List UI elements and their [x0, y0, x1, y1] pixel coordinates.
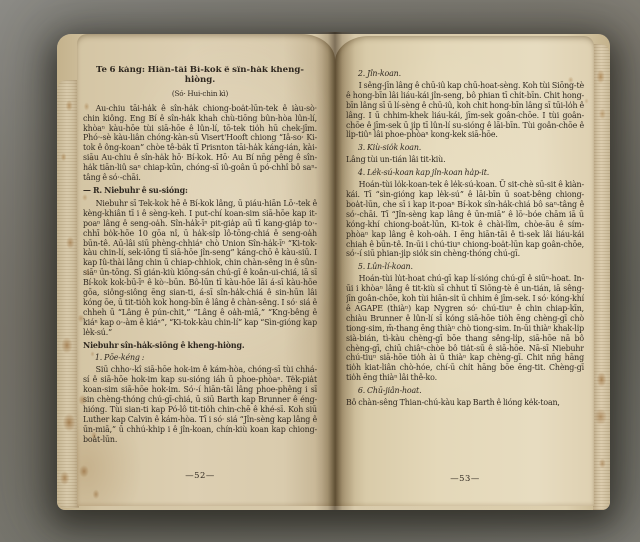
paragraph: I sêng-jīn lâng ê chū-iû kap chū-hoat-sè…: [346, 81, 584, 140]
chapter-subtitle: (Só· Hui-chin kì): [83, 89, 317, 99]
paragraph: Au-chiu tāi-ha̍k ê sîn-ha̍k chiong-boa̍t…: [83, 104, 317, 183]
numbered-subheading: 5. Lûn-lí-koan.: [346, 262, 584, 272]
page-number-left: —52—: [83, 470, 317, 480]
section-heading: — R. Niebuhr ê su-sióng:: [83, 186, 317, 196]
numbered-subheading: 6. Chū-jiân-hoat.: [346, 386, 584, 396]
numbered-subheading: 2. Jîn-koan.: [346, 69, 584, 79]
paragraph: Niebuhr sī Tek-kok hē ê Bí-kok lâng, ū p…: [83, 199, 317, 338]
photo-background: Te 6 káng: Hiān-tāi Bí-kok ê sîn-ha̍k kh…: [0, 0, 640, 542]
right-page-edge-stack: [593, 44, 610, 510]
paragraph: Hoán-tùi lo̍k-koan-tek ê le̍k-sú-koan. Ū…: [346, 180, 584, 259]
section-heading: Niebuhr sîn-ha̍k-siōng ê kheng-hiòng.: [83, 341, 317, 351]
left-page-content: Te 6 káng: Hiān-tāi Bí-kok ê sîn-ha̍k kh…: [83, 66, 317, 468]
paragraph: Hoán-tùi lu̍t-hoat chú-gī kap lí-sióng c…: [346, 274, 584, 383]
left-page-edge-stack: [57, 80, 79, 508]
open-book: Te 6 káng: Hiān-tāi Bí-kok ê sîn-ha̍k kh…: [57, 32, 610, 510]
page-number-right: —53—: [346, 473, 584, 483]
numbered-subheading: 3. Kiù-sio̍k koan.: [346, 143, 584, 153]
paragraph: Bô chàn-sêng Thian-chú-kàu kap Barth ê l…: [346, 398, 584, 408]
paragraph: Siū chho·-kî siā-hōe hok-im ê kám-hòa, c…: [83, 365, 317, 444]
numbered-subheading: 1. Pōe-kéng :: [83, 353, 317, 363]
right-page-content: 2. Jîn-koan. I sêng-jīn lâng ê chū-iû ka…: [346, 66, 584, 472]
numbered-subheading: 4. Le̍k-sú-koan kap jîn-koan ha̍p-it.: [346, 168, 584, 178]
paragraph: Lâng tùi un-tián lâi tit-kiù.: [346, 155, 584, 165]
chapter-title: Te 6 káng: Hiān-tāi Bí-kok ê sîn-ha̍k kh…: [83, 66, 317, 86]
